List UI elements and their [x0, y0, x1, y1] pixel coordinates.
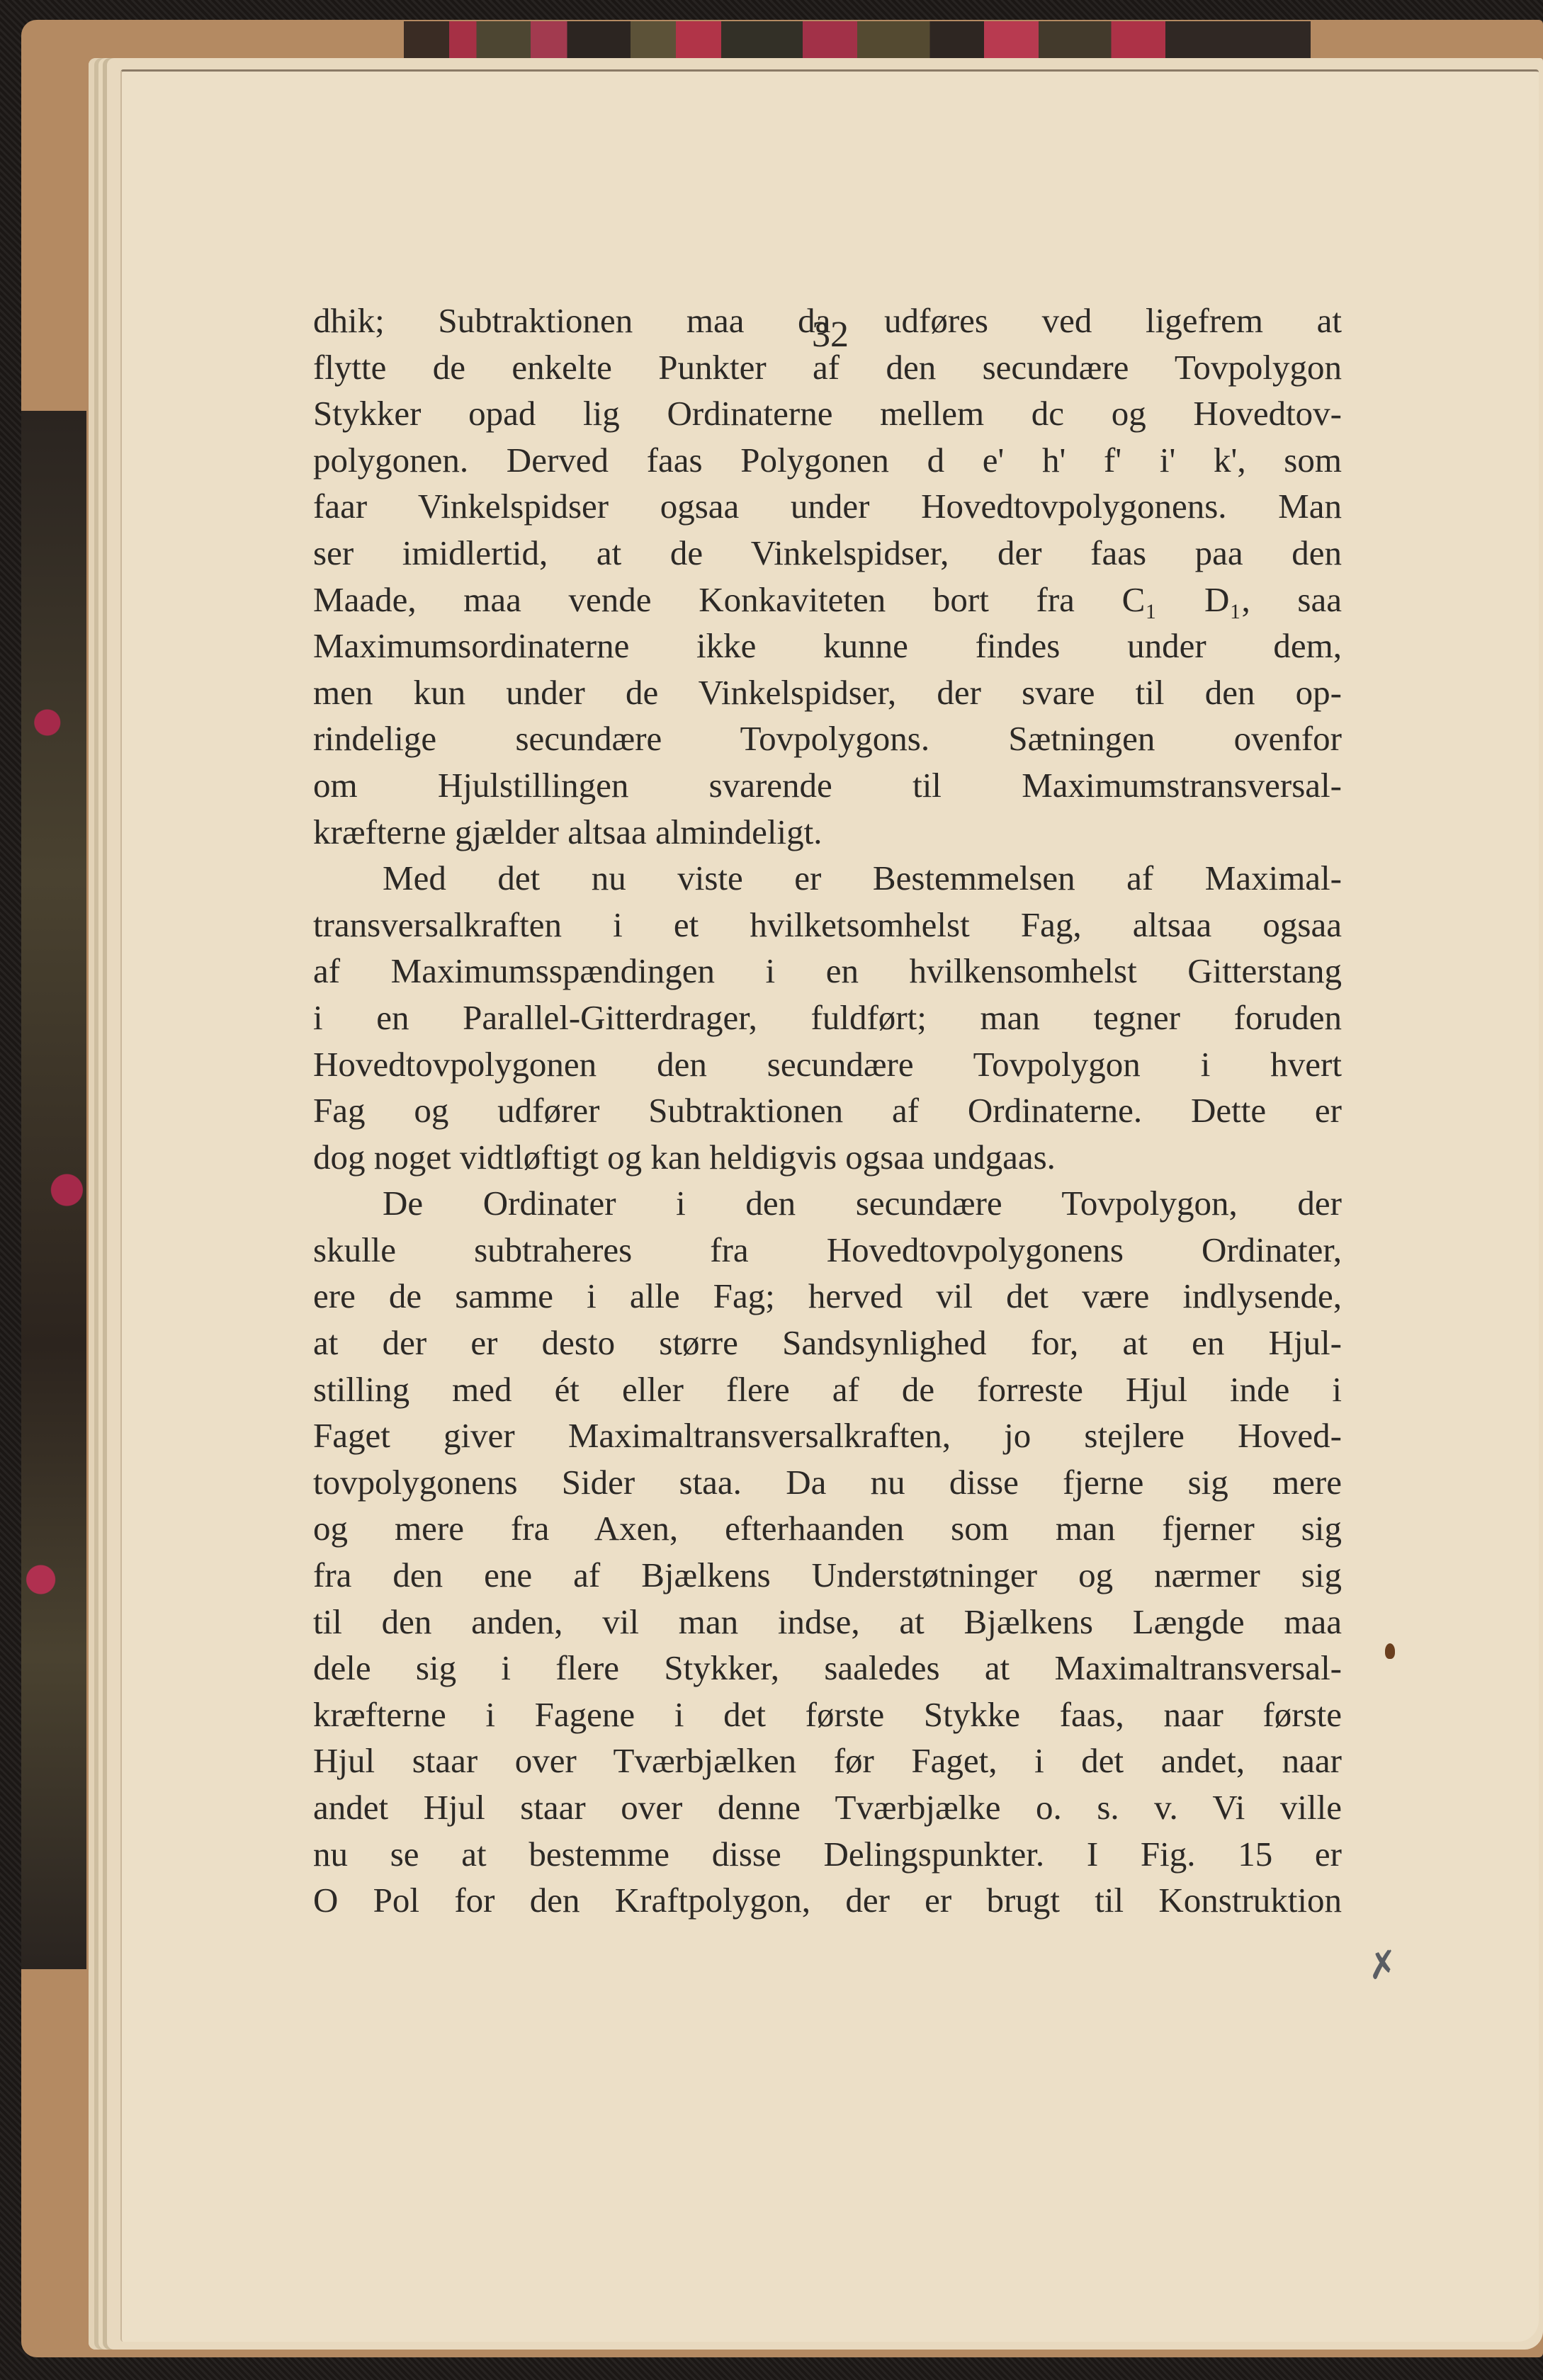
pencil-x-mark-icon: ✗	[1364, 1942, 1401, 1988]
text-line: nu se at bestemme disse Delingspunkter. …	[313, 1831, 1342, 1878]
text-line: af Maximumsspændingen i en hvilkensomhel…	[313, 948, 1342, 994]
text-line: til den anden, vil man indse, at Bjælken…	[313, 1599, 1342, 1645]
text-line: tovpolygonens Sider staa. Da nu disse fj…	[313, 1459, 1342, 1506]
text-line: polygonen. Derved faas Polygonen d e' h'…	[313, 437, 1342, 484]
text-line: transversalkraften i et hvilketsomhelst …	[313, 902, 1342, 948]
marbled-cover-left	[21, 411, 86, 1969]
text-line: fra den ene af Bjælkens Understøtninger …	[313, 1552, 1342, 1599]
text-line: dog noget vidtløftigt og kan heldigvis o…	[313, 1134, 1342, 1181]
text-line: dhik; Subtraktionen maa da udføres ved l…	[313, 297, 1342, 344]
text-line: og mere fra Axen, efterhaanden som man f…	[313, 1505, 1342, 1552]
marbled-edge-top	[404, 21, 1311, 62]
text-line: kræfterne gjælder altsaa almindeligt.	[313, 809, 1342, 856]
text-line: Med det nu viste er Bestemmelsen af Maxi…	[313, 855, 1342, 902]
text-line: rindelige secundære Tovpolygons. Sætning…	[313, 715, 1342, 762]
body-text: dhik; Subtraktionen maa da udføres ved l…	[313, 297, 1342, 1924]
text-line: men kun under de Vinkelspidser, der svar…	[313, 669, 1342, 716]
text-line: om Hjulstillingen svarende til Maximumst…	[313, 762, 1342, 809]
text-line: Maximumsordinaterne ikke kunne findes un…	[313, 623, 1342, 669]
text-line: stilling med ét eller flere af de forres…	[313, 1366, 1342, 1413]
text-line: dele sig i flere Stykker, saaledes at Ma…	[313, 1645, 1342, 1691]
text-line: De Ordinater i den secundære Tovpolygon,…	[313, 1180, 1342, 1227]
text-line: Faget giver Maximaltransversalkraften, j…	[313, 1412, 1342, 1459]
text-line: skulle subtraheres fra Hovedtovpolygonen…	[313, 1227, 1342, 1274]
text-line: O Pol for den Kraftpolygon, der er brugt…	[313, 1877, 1342, 1924]
text-line: at der er desto større Sandsynlighed for…	[313, 1320, 1342, 1366]
text-line: faar Vinkelspidser ogsaa under Hovedtovp…	[313, 483, 1342, 530]
text-line: Stykker opad lig Ordinaterne mellem dc o…	[313, 390, 1342, 437]
text-line: i en Parallel-Gitterdrager, fuldført; ma…	[313, 994, 1342, 1041]
text-line: flytte de enkelte Punkter af den secundæ…	[313, 344, 1342, 391]
text-line: ser imidlertid, at de Vinkelspidser, der…	[313, 530, 1342, 577]
text-line: Maade, maa vende Konkaviteten bort fra C…	[313, 577, 1342, 623]
text-line: andet Hjul staar over denne Tværbjælke o…	[313, 1784, 1342, 1831]
text-line: kræfterne i Fagene i det første Stykke f…	[313, 1691, 1342, 1738]
text-line: ere de samme i alle Fag; herved vil det …	[313, 1273, 1342, 1320]
text-line: Hovedtovpolygonen den secundære Tovpolyg…	[313, 1041, 1342, 1088]
text-line: Hjul staar over Tværbjælken før Faget, i…	[313, 1738, 1342, 1784]
ink-stain	[1385, 1643, 1395, 1659]
text-line: Fag og udfører Subtraktionen af Ordinate…	[313, 1087, 1342, 1134]
